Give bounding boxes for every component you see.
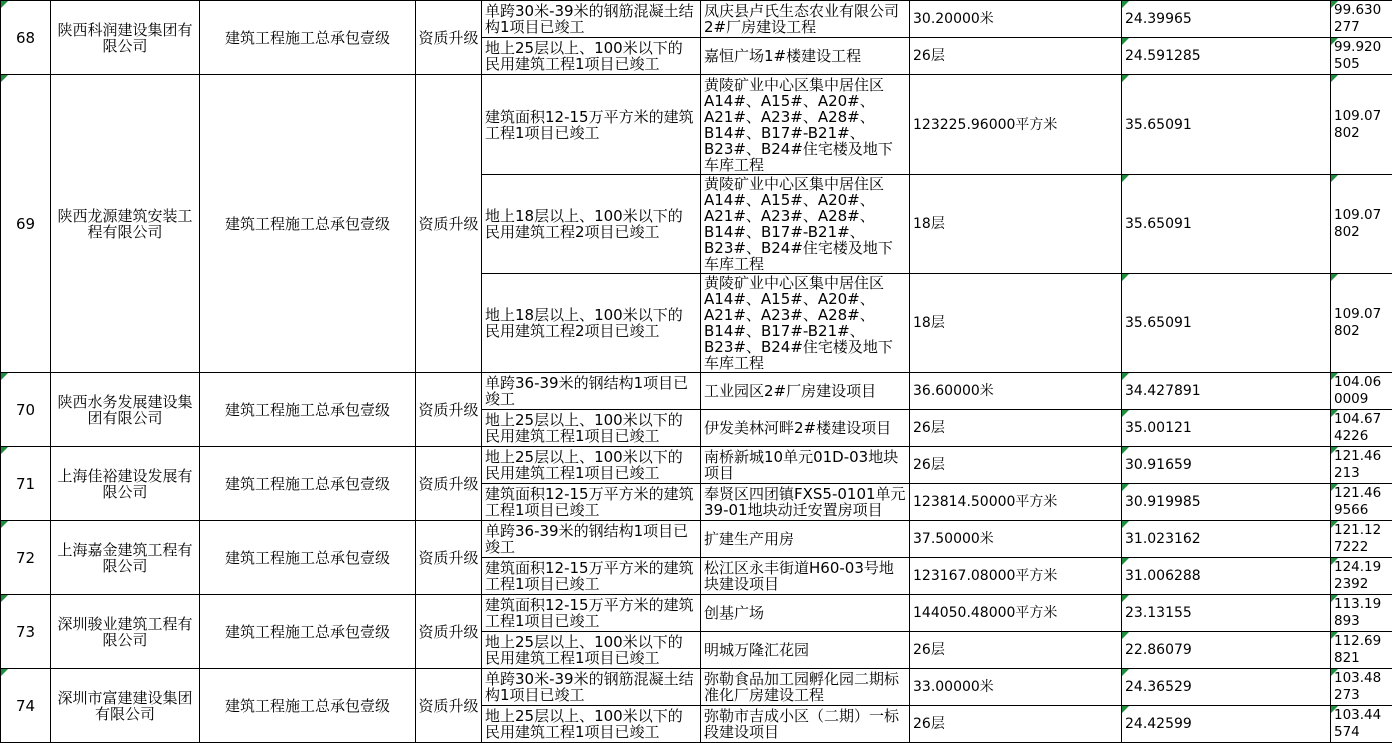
value-b-cell[interactable]: 121.469566 xyxy=(1331,484,1392,521)
project-name-cell[interactable]: 工业园区2#厂房建设项目 xyxy=(701,373,910,410)
metric-cell[interactable]: 26层 xyxy=(910,447,1122,484)
value-a-cell[interactable]: 24.42599 xyxy=(1122,706,1331,743)
value-a-cell[interactable]: 35.65091 xyxy=(1122,175,1331,274)
upgrade-type-cell[interactable]: 资质升级 xyxy=(416,373,482,447)
requirement-cell[interactable]: 单跨30米-39米的钢筋混凝土结构1项目已竣工 xyxy=(482,1,701,38)
value-a-cell[interactable]: 30.91659 xyxy=(1122,447,1331,484)
metric-cell[interactable]: 18层 xyxy=(910,175,1122,274)
value-b-cell[interactable]: 99.630277 xyxy=(1331,1,1392,38)
table-body: 68陕西科润建设集团有限公司建筑工程施工总承包壹级资质升级单跨30米-39米的钢… xyxy=(1,1,1392,743)
project-name-cell[interactable]: 明城万隆汇花园 xyxy=(701,632,910,669)
requirement-cell[interactable]: 地上25层以上、100米以下的民用建筑工程1项目已竣工 xyxy=(482,38,701,75)
upgrade-type-cell[interactable]: 资质升级 xyxy=(416,75,482,373)
requirement-cell[interactable]: 单跨36-39米的钢结构1项目已竣工 xyxy=(482,373,701,410)
value-a-cell[interactable]: 35.65091 xyxy=(1122,274,1331,373)
qualification-cell[interactable]: 建筑工程施工总承包壹级 xyxy=(200,75,416,373)
table-row: 68陕西科润建设集团有限公司建筑工程施工总承包壹级资质升级单跨30米-39米的钢… xyxy=(1,1,1392,38)
value-a-cell[interactable]: 31.023162 xyxy=(1122,521,1331,558)
value-a-cell[interactable]: 22.86079 xyxy=(1122,632,1331,669)
qualification-cell[interactable]: 建筑工程施工总承包壹级 xyxy=(200,669,416,743)
value-b-cell[interactable]: 109.07802 xyxy=(1331,75,1392,175)
metric-cell[interactable]: 37.50000米 xyxy=(910,521,1122,558)
requirement-cell[interactable]: 地上25层以上、100米以下的民用建筑工程1项目已竣工 xyxy=(482,632,701,669)
table-row: 72上海嘉金建筑工程有限公司建筑工程施工总承包壹级资质升级单跨36-39米的钢结… xyxy=(1,521,1392,558)
row-number-cell[interactable]: 72 xyxy=(1,521,51,595)
table-row: 73深圳骏业建筑工程有限公司建筑工程施工总承包壹级资质升级建筑面积12-15万平… xyxy=(1,595,1392,632)
value-b-cell[interactable]: 124.192392 xyxy=(1331,558,1392,595)
qualification-cell[interactable]: 建筑工程施工总承包壹级 xyxy=(200,447,416,521)
qualification-table: 68陕西科润建设集团有限公司建筑工程施工总承包壹级资质升级单跨30米-39米的钢… xyxy=(0,0,1392,743)
project-name-cell[interactable]: 弥勒食品加工园孵化园二期标准化厂房建设工程 xyxy=(701,669,910,706)
value-a-cell[interactable]: 31.006288 xyxy=(1122,558,1331,595)
table-row: 71上海佳裕建设发展有限公司建筑工程施工总承包壹级资质升级地上25层以上、100… xyxy=(1,447,1392,484)
row-number-cell[interactable]: 70 xyxy=(1,373,51,447)
project-name-cell[interactable]: 奉贤区四团镇FXS5-0101单元39-01地块动迁安置房项目 xyxy=(701,484,910,521)
project-name-cell[interactable]: 创基广场 xyxy=(701,595,910,632)
project-name-cell[interactable]: 黄陵矿业中心区集中居住区A14#、A15#、A20#、A21#、A23#、A28… xyxy=(701,175,910,274)
requirement-cell[interactable]: 建筑面积12-15万平方米的建筑工程1项目已竣工 xyxy=(482,558,701,595)
company-cell[interactable]: 陕西科润建设集团有限公司 xyxy=(51,1,200,75)
company-cell[interactable]: 陕西龙源建筑安装工程有限公司 xyxy=(51,75,200,373)
project-name-cell[interactable]: 南桥新城10单元01D-03地块项目 xyxy=(701,447,910,484)
requirement-cell[interactable]: 地上18层以上、100米以下的民用建筑工程2项目已竣工 xyxy=(482,274,701,373)
value-a-cell[interactable]: 24.39965 xyxy=(1122,1,1331,38)
company-cell[interactable]: 上海佳裕建设发展有限公司 xyxy=(51,447,200,521)
value-b-cell[interactable]: 104.060009 xyxy=(1331,373,1392,410)
value-b-cell[interactable]: 99.920505 xyxy=(1331,38,1392,75)
value-b-cell[interactable]: 121.127222 xyxy=(1331,521,1392,558)
spreadsheet-region: 68陕西科润建设集团有限公司建筑工程施工总承包壹级资质升级单跨30米-39米的钢… xyxy=(0,0,1392,743)
value-a-cell[interactable]: 35.00121 xyxy=(1122,410,1331,447)
value-b-cell[interactable]: 109.07802 xyxy=(1331,175,1392,274)
metric-cell[interactable]: 26层 xyxy=(910,38,1122,75)
requirement-cell[interactable]: 建筑面积12-15万平方米的建筑工程1项目已竣工 xyxy=(482,595,701,632)
value-b-cell[interactable]: 103.48273 xyxy=(1331,669,1392,706)
project-name-cell[interactable]: 黄陵矿业中心区集中居住区A14#、A15#、A20#、A21#、A23#、A28… xyxy=(701,274,910,373)
row-number-cell[interactable]: 69 xyxy=(1,75,51,373)
metric-cell[interactable]: 123167.08000平方米 xyxy=(910,558,1122,595)
metric-cell[interactable]: 26层 xyxy=(910,632,1122,669)
value-a-cell[interactable]: 24.591285 xyxy=(1122,38,1331,75)
requirement-cell[interactable]: 单跨36-39米的钢结构1项目已竣工 xyxy=(482,521,701,558)
value-b-cell[interactable]: 113.19893 xyxy=(1331,595,1392,632)
value-b-cell[interactable]: 109.07802 xyxy=(1331,274,1392,373)
qualification-cell[interactable]: 建筑工程施工总承包壹级 xyxy=(200,1,416,75)
upgrade-type-cell[interactable]: 资质升级 xyxy=(416,447,482,521)
requirement-cell[interactable]: 建筑面积12-15万平方米的建筑工程1项目已竣工 xyxy=(482,484,701,521)
upgrade-type-cell[interactable]: 资质升级 xyxy=(416,669,482,743)
metric-cell[interactable]: 18层 xyxy=(910,274,1122,373)
qualification-cell[interactable]: 建筑工程施工总承包壹级 xyxy=(200,373,416,447)
value-a-cell[interactable]: 30.919985 xyxy=(1122,484,1331,521)
project-name-cell[interactable]: 凤庆县卢氏生态农业有限公司2#厂房建设工程 xyxy=(701,1,910,38)
metric-cell[interactable]: 144050.48000平方米 xyxy=(910,595,1122,632)
requirement-cell[interactable]: 地上25层以上、100米以下的民用建筑工程1项目已竣工 xyxy=(482,447,701,484)
row-number-cell[interactable]: 71 xyxy=(1,447,51,521)
requirement-cell[interactable]: 建筑面积12-15万平方米的建筑工程1项目已竣工 xyxy=(482,75,701,175)
project-name-cell[interactable]: 弥勒市吉成小区（二期）一标段建设项目 xyxy=(701,706,910,743)
upgrade-type-cell[interactable]: 资质升级 xyxy=(416,521,482,595)
company-cell[interactable]: 深圳骏业建筑工程有限公司 xyxy=(51,595,200,669)
metric-cell[interactable]: 30.20000米 xyxy=(910,1,1122,38)
metric-cell[interactable]: 33.00000米 xyxy=(910,669,1122,706)
value-a-cell[interactable]: 24.36529 xyxy=(1122,669,1331,706)
value-a-cell[interactable]: 34.427891 xyxy=(1122,373,1331,410)
metric-cell[interactable]: 36.60000米 xyxy=(910,373,1122,410)
requirement-cell[interactable]: 单跨30米-39米的钢筋混凝土结构1项目已竣工 xyxy=(482,669,701,706)
value-b-cell[interactable]: 121.46213 xyxy=(1331,447,1392,484)
project-name-cell[interactable]: 嘉恒广场1#楼建设工程 xyxy=(701,38,910,75)
table-row: 74深圳市富建建设集团有限公司建筑工程施工总承包壹级资质升级单跨30米-39米的… xyxy=(1,669,1392,706)
company-cell[interactable]: 陕西水务发展建设集团有限公司 xyxy=(51,373,200,447)
metric-cell[interactable]: 123225.96000平方米 xyxy=(910,75,1122,175)
project-name-cell[interactable]: 伊发美林河畔2#楼建设项目 xyxy=(701,410,910,447)
qualification-cell[interactable]: 建筑工程施工总承包壹级 xyxy=(200,595,416,669)
table-row: 70陕西水务发展建设集团有限公司建筑工程施工总承包壹级资质升级单跨36-39米的… xyxy=(1,373,1392,410)
row-number-cell[interactable]: 74 xyxy=(1,669,51,743)
value-a-cell[interactable]: 35.65091 xyxy=(1122,75,1331,175)
metric-cell[interactable]: 26层 xyxy=(910,706,1122,743)
company-cell[interactable]: 上海嘉金建筑工程有限公司 xyxy=(51,521,200,595)
requirement-cell[interactable]: 地上18层以上、100米以下的民用建筑工程2项目已竣工 xyxy=(482,175,701,274)
table-row: 69陕西龙源建筑安装工程有限公司建筑工程施工总承包壹级资质升级建筑面积12-15… xyxy=(1,75,1392,175)
value-b-cell[interactable]: 112.69821 xyxy=(1331,632,1392,669)
requirement-cell[interactable]: 地上25层以上、100米以下的民用建筑工程1项目已竣工 xyxy=(482,410,701,447)
row-number-cell[interactable]: 68 xyxy=(1,1,51,75)
upgrade-type-cell[interactable]: 资质升级 xyxy=(416,595,482,669)
requirement-cell[interactable]: 地上25层以上、100米以下的民用建筑工程1项目已竣工 xyxy=(482,706,701,743)
metric-cell[interactable]: 26层 xyxy=(910,410,1122,447)
qualification-cell[interactable]: 建筑工程施工总承包壹级 xyxy=(200,521,416,595)
project-name-cell[interactable]: 松江区永丰街道H60-03号地块建设项目 xyxy=(701,558,910,595)
value-b-cell[interactable]: 104.674226 xyxy=(1331,410,1392,447)
value-b-cell[interactable]: 103.44574 xyxy=(1331,706,1392,743)
company-cell[interactable]: 深圳市富建建设集团有限公司 xyxy=(51,669,200,743)
row-number-cell[interactable]: 73 xyxy=(1,595,51,669)
project-name-cell[interactable]: 黄陵矿业中心区集中居住区A14#、A15#、A20#、A21#、A23#、A28… xyxy=(701,75,910,175)
project-name-cell[interactable]: 扩建生产用房 xyxy=(701,521,910,558)
upgrade-type-cell[interactable]: 资质升级 xyxy=(416,1,482,75)
value-a-cell[interactable]: 23.13155 xyxy=(1122,595,1331,632)
metric-cell[interactable]: 123814.50000平方米 xyxy=(910,484,1122,521)
